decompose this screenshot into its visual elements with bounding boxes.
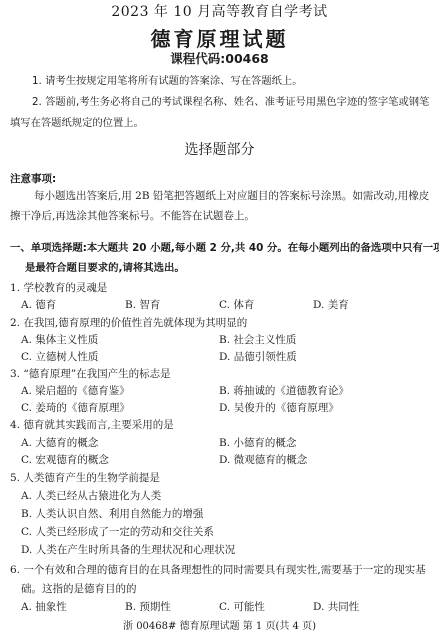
notice-heading: 注意事项:: [10, 172, 56, 186]
page-footer: 浙 00468# 德育原理试题 第 1 页(共 4 页): [0, 620, 439, 634]
instruction-1: 1. 请考生按规定用笔将所有试题的答案涂、写在答题纸上。: [32, 74, 303, 88]
question-5-stem: 5. 人类德育产生的生物学前提是: [10, 471, 160, 485]
question-1-stem: 1. 学校教育的灵魂是: [10, 281, 107, 295]
course-code: 课程代码:00468: [0, 51, 439, 67]
question-4-option-c: C. 宏观德育的概念: [21, 453, 109, 467]
question-4-stem: 4. 德育就其实践而言,主要采用的是: [10, 418, 174, 432]
question-2-stem: 2. 在我国,德育原理的价值性首先就体现为其明显的: [10, 316, 247, 330]
question-5-option-d: D. 人类在产生时所具备的生理状况和心理状况: [21, 543, 235, 557]
question-5-option-c: C. 人类已经形成了一定的劳动和交往关系: [21, 525, 214, 539]
question-3-stem: 3. “德育原理”在我国产生的标志是: [10, 367, 171, 381]
question-5-option-b: B. 人类认识自然、利用自然能力的增强: [21, 507, 203, 521]
instruction-2-cont: 填写在答题纸规定的位置上。: [10, 116, 144, 130]
question-3-option-c: C. 姜琦的《德育原理》: [21, 401, 130, 415]
question-1-option-a: A. 德育: [21, 298, 56, 312]
question-6-option-c: C. 可能性: [219, 600, 265, 614]
notice-line-1: 每小题选出答案后,用 2B 铅笔把答题纸上对应题目的答案标号涂黑。如需改动,用橡…: [34, 189, 429, 203]
question-2-option-a: A. 集体主义性质: [21, 333, 98, 347]
question-2-option-d: D. 品德引领性质: [219, 350, 297, 364]
question-3-option-b: B. 蒋抽诚的《道德教育论》: [219, 384, 349, 398]
question-5-option-a: A. 人类已经从古猿进化为人类: [21, 489, 161, 503]
question-2-option-c: C. 立德树人性质: [21, 350, 98, 364]
question-6-stem-cont: 础。这指的是德育目的的: [21, 582, 137, 596]
question-4-option-a: A. 大德育的概念: [21, 436, 98, 450]
part1-heading: 一、单项选择题:本大题共 20 小题,每小题 2 分,共 40 分。在每小题列出…: [10, 241, 439, 255]
question-2-option-b: B. 社会主义性质: [219, 333, 296, 347]
question-6-stem: 6. 一个有效和合理的德育目的在具备理想性的同时需要具有现实性,需要基于一定的现…: [10, 563, 426, 577]
question-4-option-b: B. 小德育的概念: [219, 436, 296, 450]
question-6-option-d: D. 共同性: [313, 600, 359, 614]
part1-heading-cont: 是最符合题目要求的,请将其选出。: [25, 261, 185, 275]
question-1-option-d: D. 美育: [313, 298, 349, 312]
question-6-option-a: A. 抽象性: [21, 600, 67, 614]
question-3-option-d: D. 吴俊升的《德育原理》: [219, 401, 339, 415]
section-title: 选择题部分: [0, 141, 439, 159]
question-1-option-c: C. 体育: [219, 298, 254, 312]
question-1-option-b: B. 智育: [125, 298, 160, 312]
exam-session: 2023 年 10 月高等教育自学考试: [0, 3, 439, 21]
question-6-option-b: B. 预期性: [125, 600, 171, 614]
exam-title: 德育原理试题: [0, 27, 439, 51]
notice-line-2: 擦干净后,再选涂其他答案标号。不能答在试题卷上。: [10, 209, 255, 223]
instruction-2: 2. 答题前,考生务必将自己的考试课程名称、姓名、准考证号用黑色字迹的签字笔或钢…: [32, 95, 429, 109]
question-3-option-a: A. 梁启超的《德育鉴》: [21, 384, 130, 398]
question-4-option-d: D. 微观德育的概念: [219, 453, 307, 467]
